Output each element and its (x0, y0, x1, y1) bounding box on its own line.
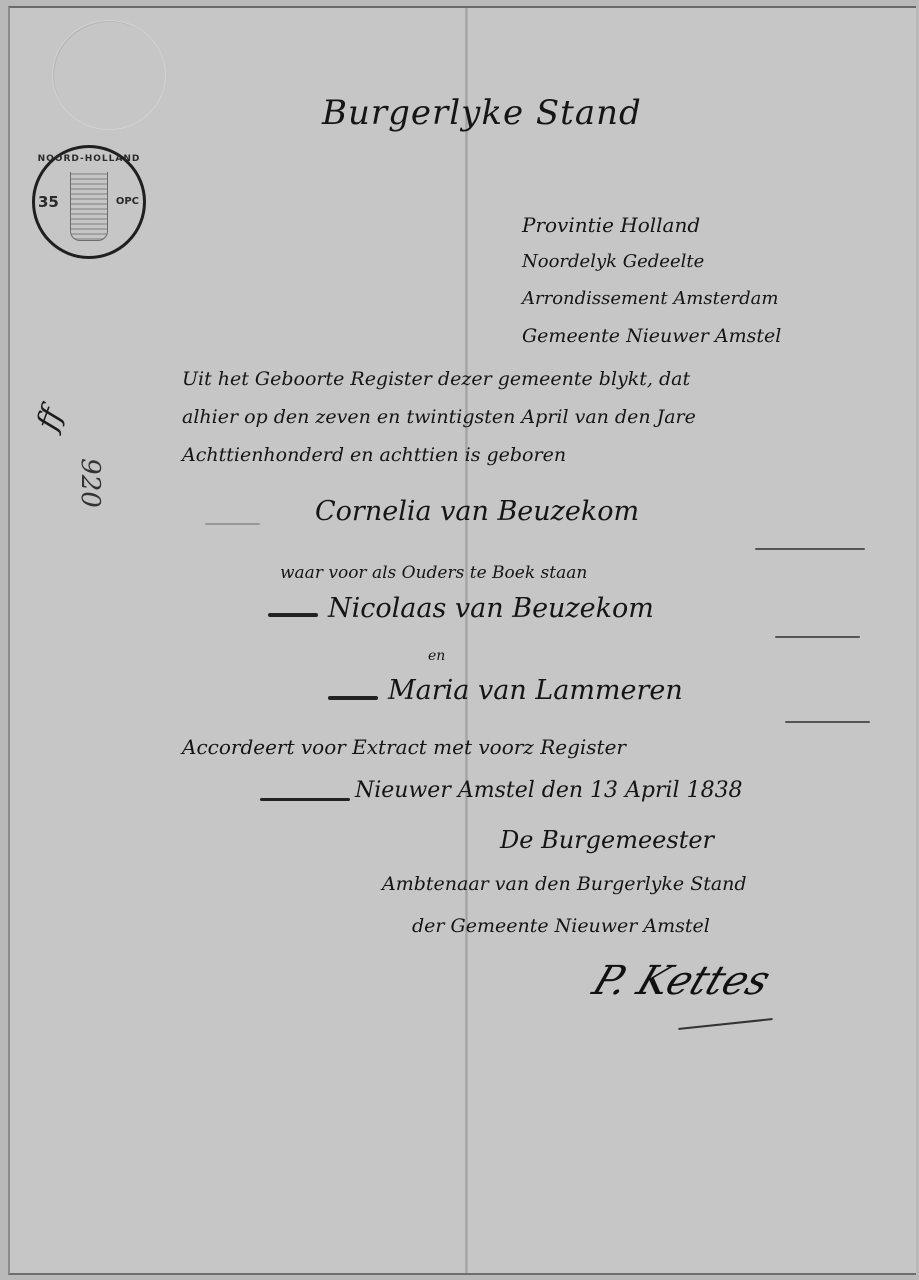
place-and-date: Nieuwer Amstel den 13 April 1838 (355, 778, 743, 803)
flourish-line (755, 548, 865, 550)
signatory-municipality: der Gemeente Nieuwer Amstel (412, 915, 710, 937)
child-name: Cornelia van Beuzekom (315, 496, 639, 527)
body-line-3: Achttienhonderd en achttien is geboren (182, 444, 566, 466)
stamp-number: 35 (38, 193, 59, 211)
document-title: Burgerlyke Stand (322, 93, 642, 133)
flourish-line (785, 721, 870, 723)
signature-underline (678, 1018, 773, 1030)
document-sheet: NOORD-HOLLAND 35 OPC ff 920 Burgerlyke S… (8, 6, 916, 1275)
page-fold-line (465, 8, 468, 1273)
coat-of-arms-icon (70, 172, 108, 241)
certification-line: Accordeert voor Extract met voorz Regist… (182, 735, 626, 759)
signature: P. Kettes (587, 958, 777, 1004)
margin-annotation: ff (30, 403, 70, 435)
stamp-ring-text: NOORD-HOLLAND (35, 154, 143, 164)
header-municipality: Gemeente Nieuwer Amstel (522, 325, 781, 347)
header-arrondissement: Arrondissement Amsterdam (522, 288, 778, 309)
signatory-title: De Burgemeester (500, 826, 714, 854)
header-province: Provintie Holland (522, 213, 700, 237)
margin-number: 920 (75, 458, 105, 508)
flourish-line (260, 798, 350, 801)
signatory-role: Ambtenaar van den Burgerlyke Stand (382, 873, 747, 895)
body-line-1: Uit het Geboorte Register dezer gemeente… (182, 368, 690, 390)
stamp-code: OPC (116, 196, 139, 207)
tax-stamp: NOORD-HOLLAND 35 OPC (32, 145, 146, 259)
flourish-line (775, 636, 860, 638)
parents-intro: waar voor als Ouders te Boek staan (280, 563, 587, 583)
mother-name: Maria van Lammeren (388, 675, 683, 706)
flourish-line (328, 696, 378, 700)
header-region: Noordelyk Gedeelte (522, 251, 704, 272)
conjunction: en (428, 648, 445, 664)
body-line-2: alhier op den zeven en twintigsten April… (182, 406, 696, 428)
father-name: Nicolaas van Beuzekom (328, 593, 654, 624)
flourish-line (205, 523, 260, 525)
embossed-seal-icon (52, 20, 166, 130)
flourish-line (268, 613, 318, 617)
